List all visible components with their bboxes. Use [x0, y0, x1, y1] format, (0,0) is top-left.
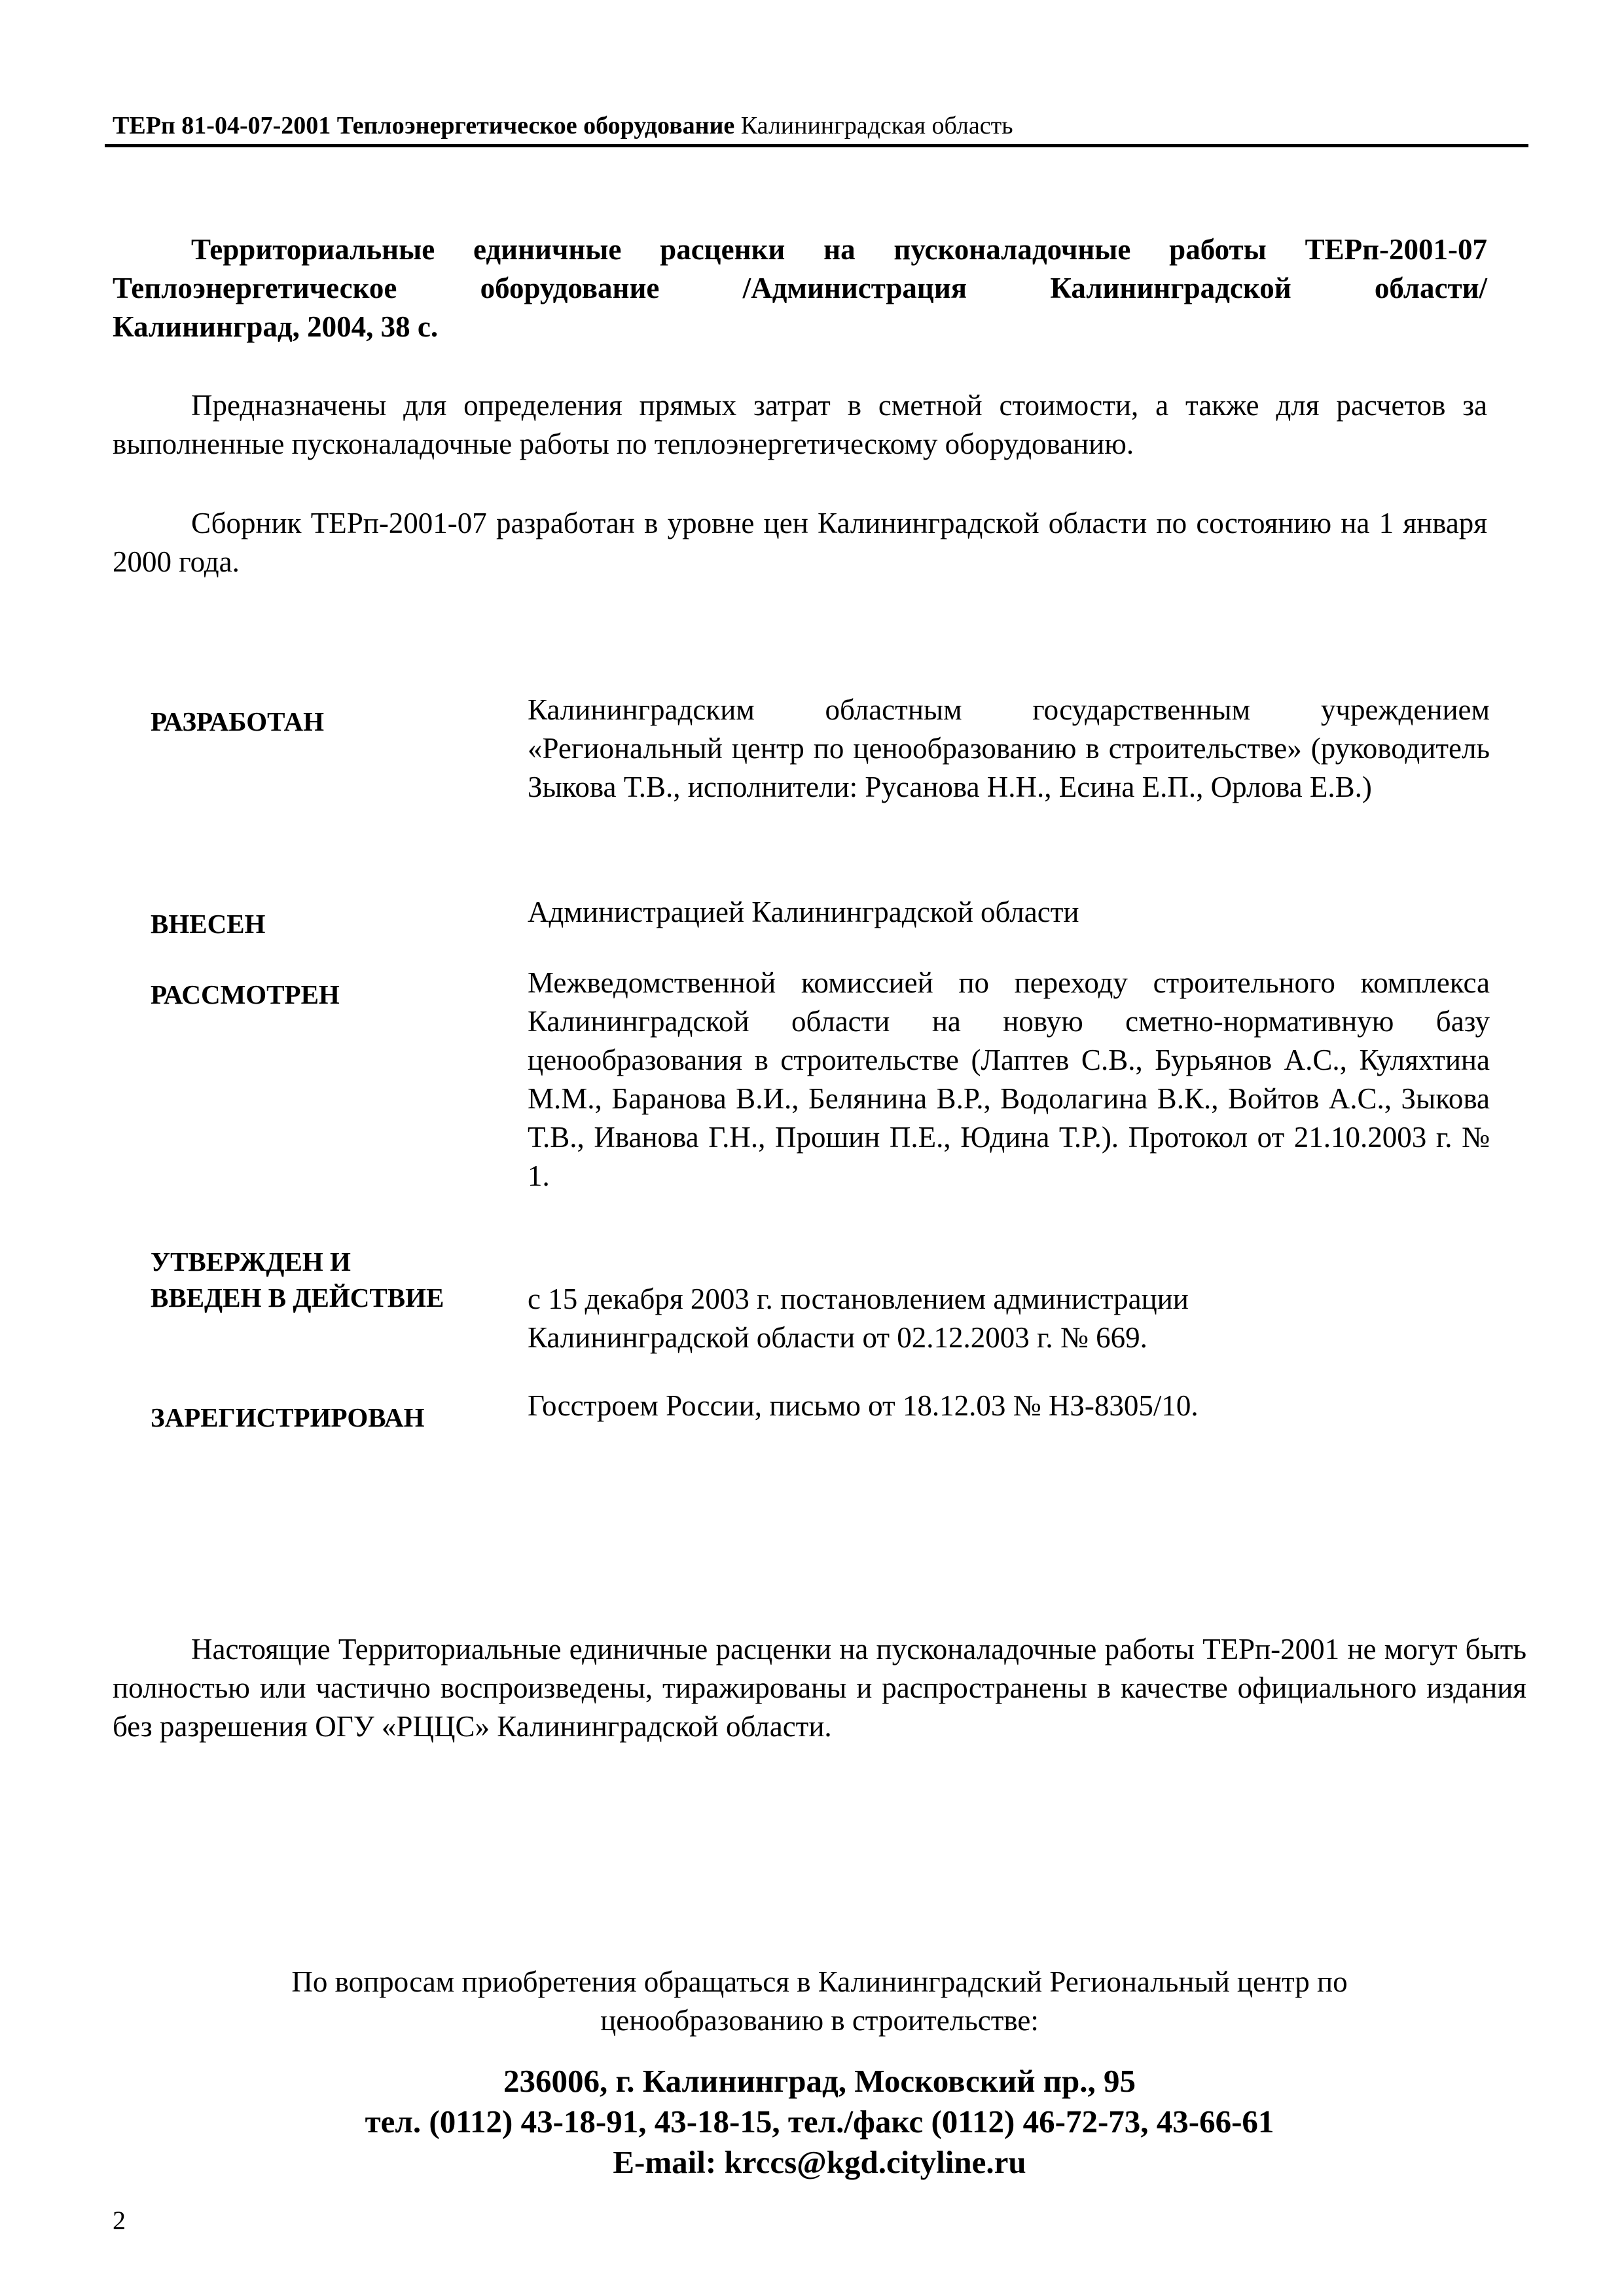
info-value-registered: Госстроем России, письмо от 18.12.03 № Н… — [528, 1387, 1490, 1425]
page-number: 2 — [113, 2206, 126, 2235]
info-label-developed: РАЗРАБОТАН — [151, 702, 517, 741]
info-label-approved-line-1: УТВЕРЖДЕН И — [151, 1244, 517, 1280]
info-value-developed: Калининградским областным государственны… — [528, 691, 1490, 807]
contact-details: 236006, г. Калининград, Московский пр., … — [113, 2061, 1526, 2183]
info-value-approved-line-2: Калининградской области от 02.12.2003 г.… — [528, 1319, 1490, 1357]
title-line-2: Теплоэнергетическое оборудование /Админи… — [113, 269, 1487, 308]
info-value-approved: с 15 декабря 2003 г. постановлением адми… — [528, 1280, 1490, 1357]
title-line-3: Калининград, 2004, 38 с. — [113, 308, 1487, 346]
info-label-approved: УТВЕРЖДЕН И ВВЕДЕН В ДЕЙСТВИЕ — [151, 1244, 517, 1316]
info-value-approved-line-1: с 15 декабря 2003 г. постановлением адми… — [528, 1280, 1490, 1319]
contact-intro-line-2: ценообразованию в строительстве: — [113, 2001, 1526, 2040]
info-label-approved-line-2: ВВЕДЕН В ДЕЙСТВИЕ — [151, 1280, 517, 1316]
info-label-reviewed: РАССМОТРЕН — [151, 975, 517, 1014]
copyright-notice: Настоящие Территориальные единичные расц… — [113, 1630, 1526, 1746]
title-line-1: Территориальные единичные расценки на пу… — [113, 230, 1487, 269]
contact-phones: тел. (0112) 43-18-91, 43-18-15, тел./фак… — [113, 2102, 1526, 2142]
info-label-registered: ЗАРЕГИСТРИРОВАН — [151, 1398, 517, 1437]
contact-intro: По вопросам приобретения обращаться в Ка… — [113, 1963, 1526, 2040]
running-header-code-title: ТЕРп 81-04-07-2001 Теплоэнергетическое о… — [113, 112, 734, 139]
purpose-paragraph: Предназначены для определения прямых зат… — [113, 386, 1487, 464]
bibliographic-title: Территориальные единичные расценки на пу… — [113, 230, 1487, 346]
header-divider — [105, 144, 1528, 147]
info-label-submitted: ВНЕСЕН — [151, 905, 517, 943]
contact-address: 236006, г. Калининград, Московский пр., … — [113, 2061, 1526, 2102]
contact-intro-line-1: По вопросам приобретения обращаться в Ка… — [113, 1963, 1526, 2001]
price-level-paragraph: Сборник ТЕРп-2001-07 разработан в уровне… — [113, 504, 1487, 581]
running-header: ТЕРп 81-04-07-2001 Теплоэнергетическое о… — [113, 111, 1526, 140]
info-value-reviewed: Межведомственной комиссией по переходу с… — [528, 964, 1490, 1195]
contact-email: E-mail: krccs@kgd.cityline.ru — [113, 2142, 1526, 2183]
running-header-region: Калининградская область — [741, 112, 1013, 139]
info-value-submitted: Администрацией Калининградской области — [528, 893, 1490, 932]
document-page: ТЕРп 81-04-07-2001 Теплоэнергетическое о… — [0, 0, 1624, 2296]
